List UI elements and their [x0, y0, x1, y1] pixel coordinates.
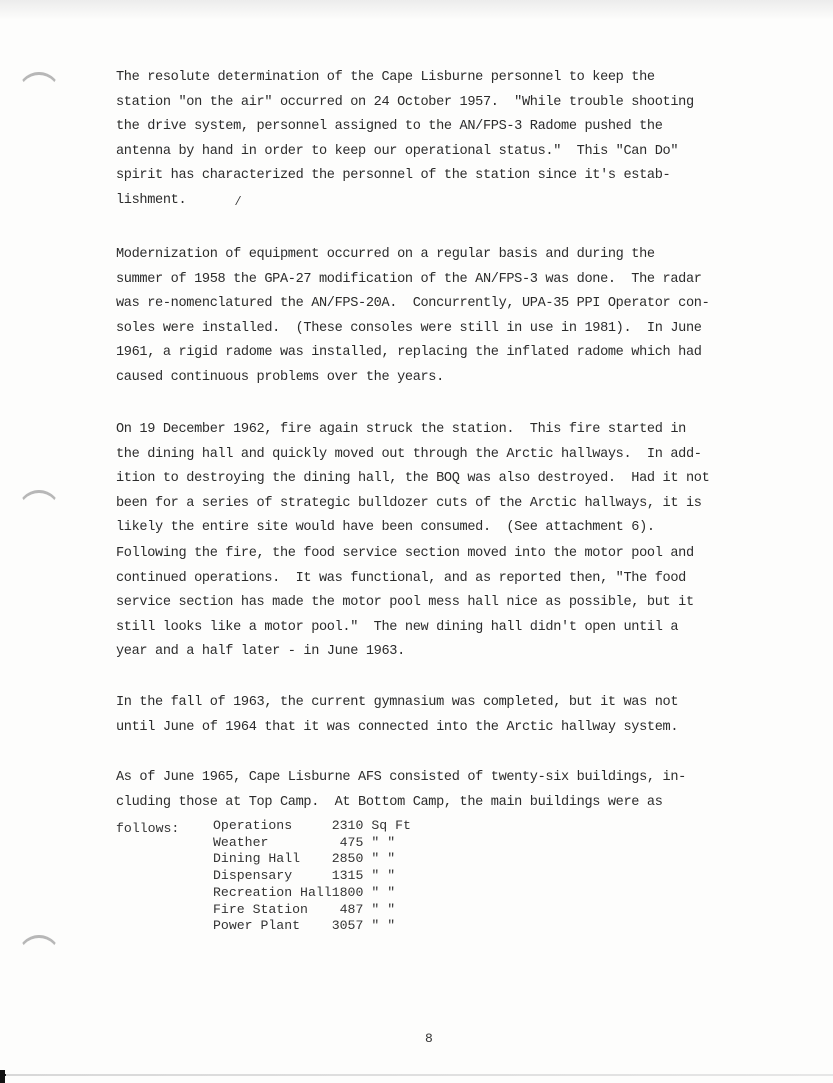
binder-hole-mark-icon: [17, 490, 61, 535]
paragraph-buildings-1965: As of June 1965, Cape Lisburne AFS consi…: [116, 766, 746, 815]
page-number: 8: [425, 1031, 433, 1046]
text-line: was re-nomenclatured the AN/FPS-20A. Con…: [116, 292, 746, 317]
building-name: Dining Hall: [213, 851, 332, 868]
text-line: still looks like a motor pool." The new …: [116, 616, 746, 641]
scan-corner-mark: [0, 1070, 5, 1083]
building-area: 2850: [332, 851, 372, 868]
text-line: continued operations. It was functional,…: [116, 567, 746, 592]
text-line: the drive system, personnel assigned to …: [116, 115, 746, 140]
building-row: Dining Hall2850" ": [213, 851, 411, 868]
building-name: Fire Station: [213, 902, 332, 919]
text-line: As of June 1965, Cape Lisburne AFS consi…: [116, 766, 746, 791]
text-line: 1961, a rigid radome was installed, repl…: [116, 341, 746, 366]
text-line: In the fall of 1963, the current gymnasi…: [116, 691, 746, 716]
text-line: soles were installed. (These consoles we…: [116, 317, 746, 342]
building-area: 1800: [332, 885, 372, 902]
text-line: spirit has characterized the personnel o…: [116, 164, 746, 189]
text-line: likely the entire site would have been c…: [116, 516, 746, 541]
building-unit: " ": [371, 851, 411, 868]
text-line: The resolute determination of the Cape L…: [116, 66, 746, 91]
paragraph-modernization: Modernization of equipment occurred on a…: [116, 243, 746, 391]
text-line: ition to destroying the dining hall, the…: [116, 467, 746, 492]
text-line: been for a series of strategic bulldozer…: [116, 492, 746, 517]
building-unit: " ": [371, 885, 411, 902]
building-area: 475: [332, 835, 372, 852]
text-line: cluding those at Top Camp. At Bottom Cam…: [116, 791, 746, 816]
building-name: Operations: [213, 818, 332, 835]
building-area: 3057: [332, 918, 372, 935]
text-line: On 19 December 1962, fire again struck t…: [116, 418, 746, 443]
building-row: Fire Station487" ": [213, 902, 411, 919]
text-line: station "on the air" occurred on 24 Octo…: [116, 91, 746, 116]
building-area: 487: [332, 902, 372, 919]
building-name: Weather: [213, 835, 332, 852]
buildings-table: Operations2310Sq FtWeather475" "Dining H…: [213, 818, 411, 935]
text-line: Modernization of equipment occurred on a…: [116, 243, 746, 268]
building-unit: " ": [371, 902, 411, 919]
text-line: Following the fire, the food service sec…: [116, 542, 746, 567]
text-line: year and a half later - in June 1963.: [116, 640, 746, 665]
text-line: until June of 1964 that it was connected…: [116, 716, 746, 741]
building-unit: " ": [371, 868, 411, 885]
binder-hole-mark-icon: [17, 935, 61, 980]
building-name: Power Plant: [213, 918, 332, 935]
paragraph-food-service: Following the fire, the food service sec…: [116, 542, 746, 665]
text-line: caused continuous problems over the year…: [116, 366, 746, 391]
paragraph-radome-1957: The resolute determination of the Cape L…: [116, 66, 746, 214]
building-area: 1315: [332, 868, 372, 885]
building-unit: " ": [371, 918, 411, 935]
scan-bottom-edge: [0, 1074, 833, 1076]
text-line: summer of 1958 the GPA-27 modification o…: [116, 268, 746, 293]
buildings-lead-text: follows:: [116, 821, 179, 836]
document-page: The resolute determination of the Cape L…: [0, 0, 833, 1083]
building-unit: " ": [371, 835, 411, 852]
building-row: Power Plant3057" ": [213, 918, 411, 935]
text-line: lishment.: [116, 189, 746, 214]
text-line: antenna by hand in order to keep our ope…: [116, 140, 746, 165]
building-name: Recreation Hall: [213, 885, 332, 902]
building-row: Dispensary1315" ": [213, 868, 411, 885]
text-line: the dining hall and quickly moved out th…: [116, 443, 746, 468]
building-row: Operations2310Sq Ft: [213, 818, 411, 835]
building-name: Dispensary: [213, 868, 332, 885]
scan-top-shadow: [0, 0, 833, 20]
stray-pen-mark: /: [236, 194, 240, 210]
binder-hole-mark-icon: [17, 72, 61, 117]
building-unit: Sq Ft: [371, 818, 411, 835]
paragraph-fire-1962: On 19 December 1962, fire again struck t…: [116, 418, 746, 541]
paragraph-gymnasium: In the fall of 1963, the current gymnasi…: [116, 691, 746, 740]
text-line: service section has made the motor pool …: [116, 591, 746, 616]
building-area: 2310: [332, 818, 372, 835]
building-row: Weather475" ": [213, 835, 411, 852]
building-row: Recreation Hall1800" ": [213, 885, 411, 902]
